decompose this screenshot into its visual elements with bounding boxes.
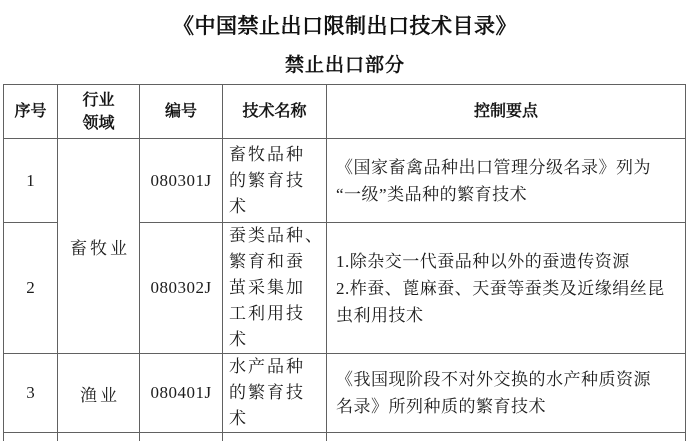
cell-index: 3 — [4, 354, 58, 433]
cell-tech-name: 畜牧品种 的繁育技 术 — [223, 139, 327, 223]
cell-control-points: 《国家畜禽品种出口管理分级名录》列为 “一级”类品种的繁育技术 — [327, 139, 686, 223]
document-page: 《中国禁止出口限制出口技术目录》 禁止出口部分 序号 行业 领域 编号 技术名称… — [0, 0, 690, 441]
document-subtitle: 禁止出口部分 — [0, 50, 690, 77]
cell-control-points: 《我国现阶段不对外交换的水产种质资源 名录》所列种质的繁育技术 — [327, 354, 686, 433]
header-cell-code: 编号 — [140, 85, 223, 139]
cell-empty — [327, 433, 686, 441]
header-cell-control: 控制要点 — [327, 85, 686, 139]
cell-index: 1 — [4, 139, 58, 223]
cell-empty — [223, 433, 327, 441]
cell-industry-merged: 畜牧业 — [58, 139, 140, 354]
header-cell-index: 序号 — [4, 85, 58, 139]
cell-empty — [58, 433, 140, 441]
cell-empty — [4, 433, 58, 441]
table-header-row: 序号 行业 领域 编号 技术名称 控制要点 — [4, 85, 686, 139]
cell-empty — [140, 433, 223, 441]
cell-control-points: 1.除杂交一代蚕品种以外的蚕遗传资源 2.柞蚕、蓖麻蚕、天蚕等蚕类及近缘绢丝昆 … — [327, 223, 686, 354]
table-row-partial — [4, 433, 686, 441]
table-row: 1 畜牧业 080301J 畜牧品种 的繁育技 术 《国家畜禽品种出口管理分级名… — [4, 139, 686, 223]
cell-code: 080302J — [140, 223, 223, 354]
table-row: 3 渔业 080401J 水产品种 的繁育技 术 《我国现阶段不对外交换的水产种… — [4, 354, 686, 433]
cell-code: 080301J — [140, 139, 223, 223]
cell-industry: 渔业 — [58, 354, 140, 433]
document-title: 《中国禁止出口限制出口技术目录》 — [0, 10, 690, 40]
cell-tech-name: 水产品种 的繁育技 术 — [223, 354, 327, 433]
cell-code: 080401J — [140, 354, 223, 433]
prohibited-export-table: 序号 行业 领域 编号 技术名称 控制要点 1 畜牧业 080301J 畜牧品种… — [3, 84, 686, 441]
header-cell-industry: 行业 领域 — [58, 85, 140, 139]
header-cell-name: 技术名称 — [223, 85, 327, 139]
cell-index: 2 — [4, 223, 58, 354]
cell-tech-name: 蚕类品种、 繁育和蚕 茧采集加 工利用技 术 — [223, 223, 327, 354]
